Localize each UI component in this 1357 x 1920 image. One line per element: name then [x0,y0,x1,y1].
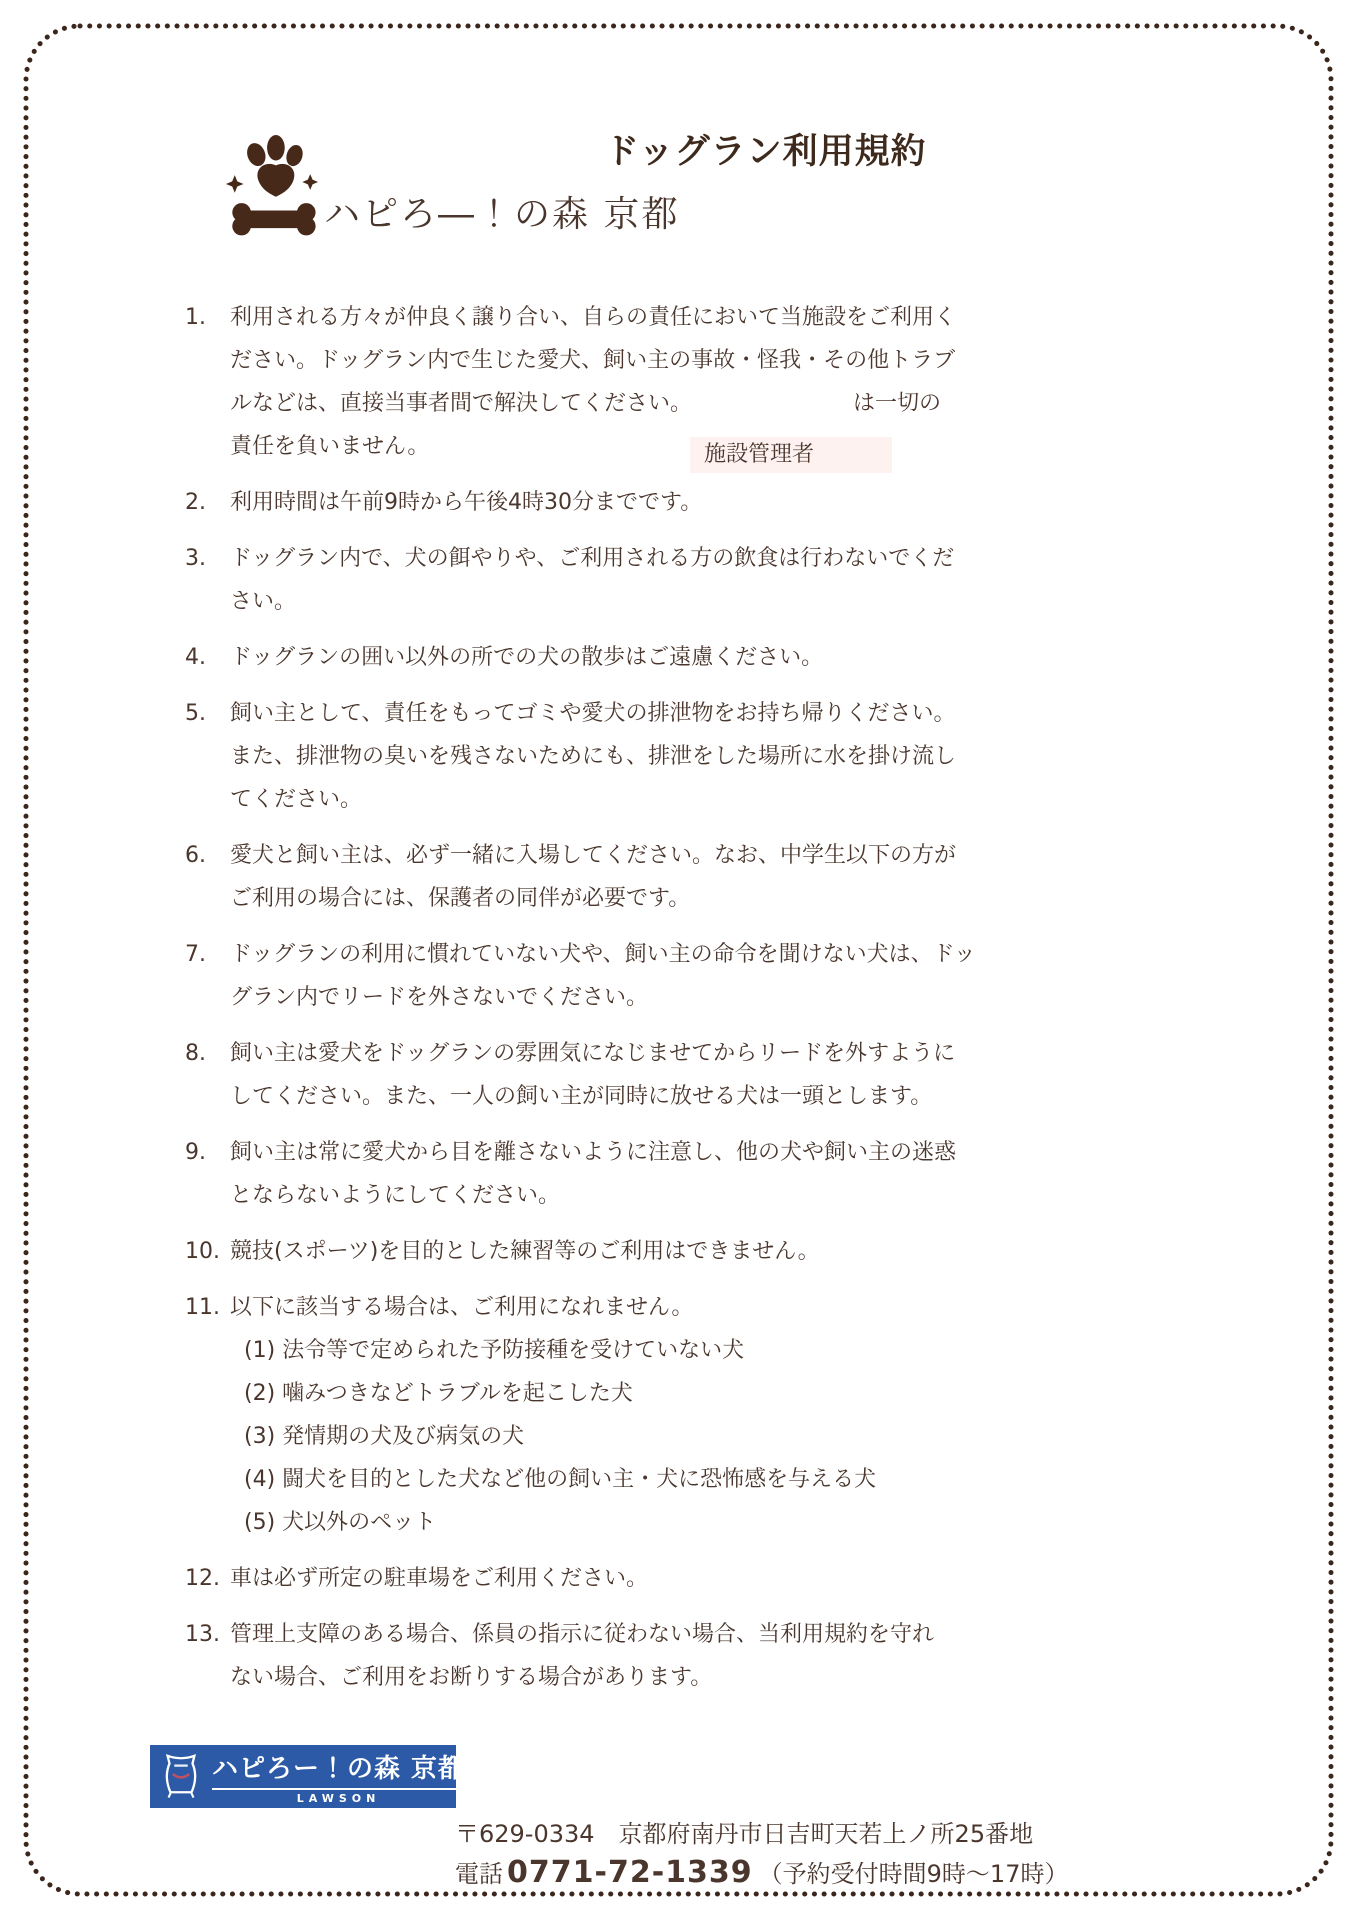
rule-text: 飼い主として、責任をもってゴミや愛犬の排泄物をお持ち帰りください。また、排泄物の… [230,692,941,821]
rule-item-9: 9.飼い主は常に愛犬から目を離さないように注意し、他の犬や飼い主の迷惑とならない… [185,1131,941,1217]
rule-number: 13. [185,1613,230,1699]
rule-line-tail: は一切の [853,382,941,425]
page-title: ドッグラン利用規約 [604,124,927,174]
rule-line: ドッグランの利用に慣れていない犬や、飼い主の命令を聞けない犬は、ドッ [230,933,941,976]
rule-item-13: 13.管理上支障のある場合、係員の指示に従わない場合、当利用規約を守れない場合、… [185,1613,941,1699]
rule-line: さい。 [230,580,941,623]
rule-line: ドッグラン内で、犬の餌やりや、ご利用される方の飲食は行わないでくだ [230,537,941,580]
rule-line: 愛犬と飼い主は、必ず一緒に入場してください。なお、中学生以下の方が [230,834,941,877]
rule-text: ドッグランの囲い以外の所での犬の散歩はご遠慮ください。 [230,636,941,679]
rule-text: 利用時間は午前9時から午後4時30分までです。 [230,481,941,524]
footer-address-block: 〒629-0334 京都府南丹市日吉町天若上ノ所25番地 電話0771-72-1… [455,1816,1068,1894]
rule-number: 2. [185,481,230,524]
rule-subitem: (4) 闘犬を目的とした犬など他の飼い主・犬に恐怖感を与える犬 [244,1458,941,1501]
phone-line: 電話0771-72-1339（予約受付時間9時～17時） [455,1853,1068,1894]
rule-line: てください。 [230,778,941,821]
rule-line: 車は必ず所定の駐車場をご利用ください。 [230,1557,941,1600]
rule-line: 以下に該当する場合は、ご利用になれません。 [230,1286,941,1329]
rule-item-10: 10.競技(スポーツ)を目的とした練習等のご利用はできません。 [185,1230,941,1273]
rule-item-1: 1.利用される方々が仲良く譲り合い、自らの責任において当施設をご利用ください。ド… [185,296,941,468]
document-page: ドッグラン利用規約 ハピろ―！の森 京都 1.利用される方々が仲良く譲り合い、自… [0,0,1357,1920]
phone-number: 0771-72-1339 [507,1855,753,1890]
rule-line: ださい。ドッグラン内で生じた愛犬、飼い主の事故・怪我・その他トラブ [230,339,941,382]
rule-line: 利用時間は午前9時から午後4時30分までです。 [230,481,941,524]
phone-label: 電話 [455,1860,503,1888]
facility-name-heading: ハピろ―！の森 京都 [324,186,679,237]
rule-item-6: 6.愛犬と飼い主は、必ず一緒に入場してください。なお、中学生以下の方がご利用の場… [185,834,941,920]
brand-lawson-label: LAWSON [212,1792,465,1805]
rule-item-3: 3.ドッグラン内で、犬の餌やりや、ご利用される方の飲食は行わないでください。 [185,537,941,623]
rule-number: 11. [185,1286,230,1544]
lawson-brand-box: ハピろー！の森 京都 LAWSON [150,1745,456,1808]
rule-text: 飼い主は愛犬をドッグランの雰囲気になじませてからリードを外すようにしてください。… [230,1032,941,1118]
rule-number: 5. [185,692,230,821]
rule-number: 12. [185,1557,230,1600]
postal-address: 〒629-0334 京都府南丹市日吉町天若上ノ所25番地 [455,1816,1068,1853]
rule-subitem: (2) 噛みつきなどトラブルを起こした犬 [244,1372,941,1415]
rule-line: 管理上支障のある場合、係員の指示に従わない場合、当利用規約を守れ [230,1613,941,1656]
rule-text: 以下に該当する場合は、ご利用になれません。(1) 法令等で定められた予防接種を受… [230,1286,941,1544]
rule-item-5: 5.飼い主として、責任をもってゴミや愛犬の排泄物をお持ち帰りください。また、排泄… [185,692,941,821]
brand-name: ハピろー！の森 京都 [212,1748,465,1785]
rule-text: 愛犬と飼い主は、必ず一緒に入場してください。なお、中学生以下の方がご利用の場合に… [230,834,941,920]
rule-number: 9. [185,1131,230,1217]
rule-line: 飼い主として、責任をもってゴミや愛犬の排泄物をお持ち帰りください。 [230,692,941,735]
rule-line: 利用される方々が仲良く譲り合い、自らの責任において当施設をご利用く [230,296,941,339]
rule-item-7: 7.ドッグランの利用に慣れていない犬や、飼い主の命令を聞けない犬は、ドッグラン内… [185,933,941,1019]
rule-line: 競技(スポーツ)を目的とした練習等のご利用はできません。 [230,1230,941,1273]
rule-item-4: 4.ドッグランの囲い以外の所での犬の散歩はご遠慮ください。 [185,636,941,679]
rule-text: 競技(スポーツ)を目的とした練習等のご利用はできません。 [230,1230,941,1273]
rule-line: 飼い主は愛犬をドッグランの雰囲気になじませてからリードを外すように [230,1032,941,1075]
rule-subitem: (1) 法令等で定められた予防接種を受けていない犬 [244,1329,941,1372]
rule-item-11: 11.以下に該当する場合は、ご利用になれません。(1) 法令等で定められた予防接… [185,1286,941,1544]
rule-text: 飼い主は常に愛犬から目を離さないように注意し、他の犬や飼い主の迷惑とならないよう… [230,1131,941,1217]
rule-text: 車は必ず所定の駐車場をご利用ください。 [230,1557,941,1600]
rule-text: 管理上支障のある場合、係員の指示に従わない場合、当利用規約を守れない場合、ご利用… [230,1613,941,1699]
rule-item-12: 12.車は必ず所定の駐車場をご利用ください。 [185,1557,941,1600]
rule-text: ドッグラン内で、犬の餌やりや、ご利用される方の飲食は行わないでください。 [230,537,941,623]
rule-text: 利用される方々が仲良く譲り合い、自らの責任において当施設をご利用ください。ドッグ… [230,296,941,468]
rule-number: 8. [185,1032,230,1118]
rules-list: 1.利用される方々が仲良く譲り合い、自らの責任において当施設をご利用ください。ド… [185,296,941,1712]
rule-item-2: 2.利用時間は午前9時から午後4時30分までです。 [185,481,941,524]
phone-note: （予約受付時間9時～17時） [759,1860,1069,1888]
brand-underline [212,1788,465,1790]
rule-subitem: (5) 犬以外のペット [244,1501,941,1544]
rule-number: 6. [185,834,230,920]
rule-line: とならないようにしてください。 [230,1174,941,1217]
rule-number: 7. [185,933,230,1019]
rule-line: ない場合、ご利用をお断りする場合があります。 [230,1656,941,1699]
rule-line: してください。また、一人の飼い主が同時に放せる犬は一頭とします。 [230,1075,941,1118]
rule-line: 飼い主は常に愛犬から目を離さないように注意し、他の犬や飼い主の迷惑 [230,1131,941,1174]
rule-line: また、排泄物の臭いを残さないためにも、排泄をした場所に水を掛け流し [230,735,941,778]
rule-text: ドッグランの利用に慣れていない犬や、飼い主の命令を聞けない犬は、ドッグラン内でリ… [230,933,941,1019]
rule-number: 10. [185,1230,230,1273]
rule-line: 責任を負いません。施設管理者 [230,425,941,468]
rule-line: ドッグランの囲い以外の所での犬の散歩はご遠慮ください。 [230,636,941,679]
rule-item-8: 8.飼い主は愛犬をドッグランの雰囲気になじませてからリードを外すようにしてくださ… [185,1032,941,1118]
rule-subitem: (3) 発情期の犬及び病気の犬 [244,1415,941,1458]
facility-manager-patch: 施設管理者 [690,437,892,473]
rule-line: ご利用の場合には、保護者の同伴が必要です。 [230,877,941,920]
rule-number: 1. [185,296,230,468]
hapiro-shield-icon [158,1750,204,1804]
rule-number: 4. [185,636,230,679]
rule-line: ルなどは、直接当事者間で解決してください。は一切の [230,382,941,425]
rule-number: 3. [185,537,230,623]
paw-bone-logo-icon [222,128,320,242]
rule-line: グラン内でリードを外さないでください。 [230,976,941,1019]
